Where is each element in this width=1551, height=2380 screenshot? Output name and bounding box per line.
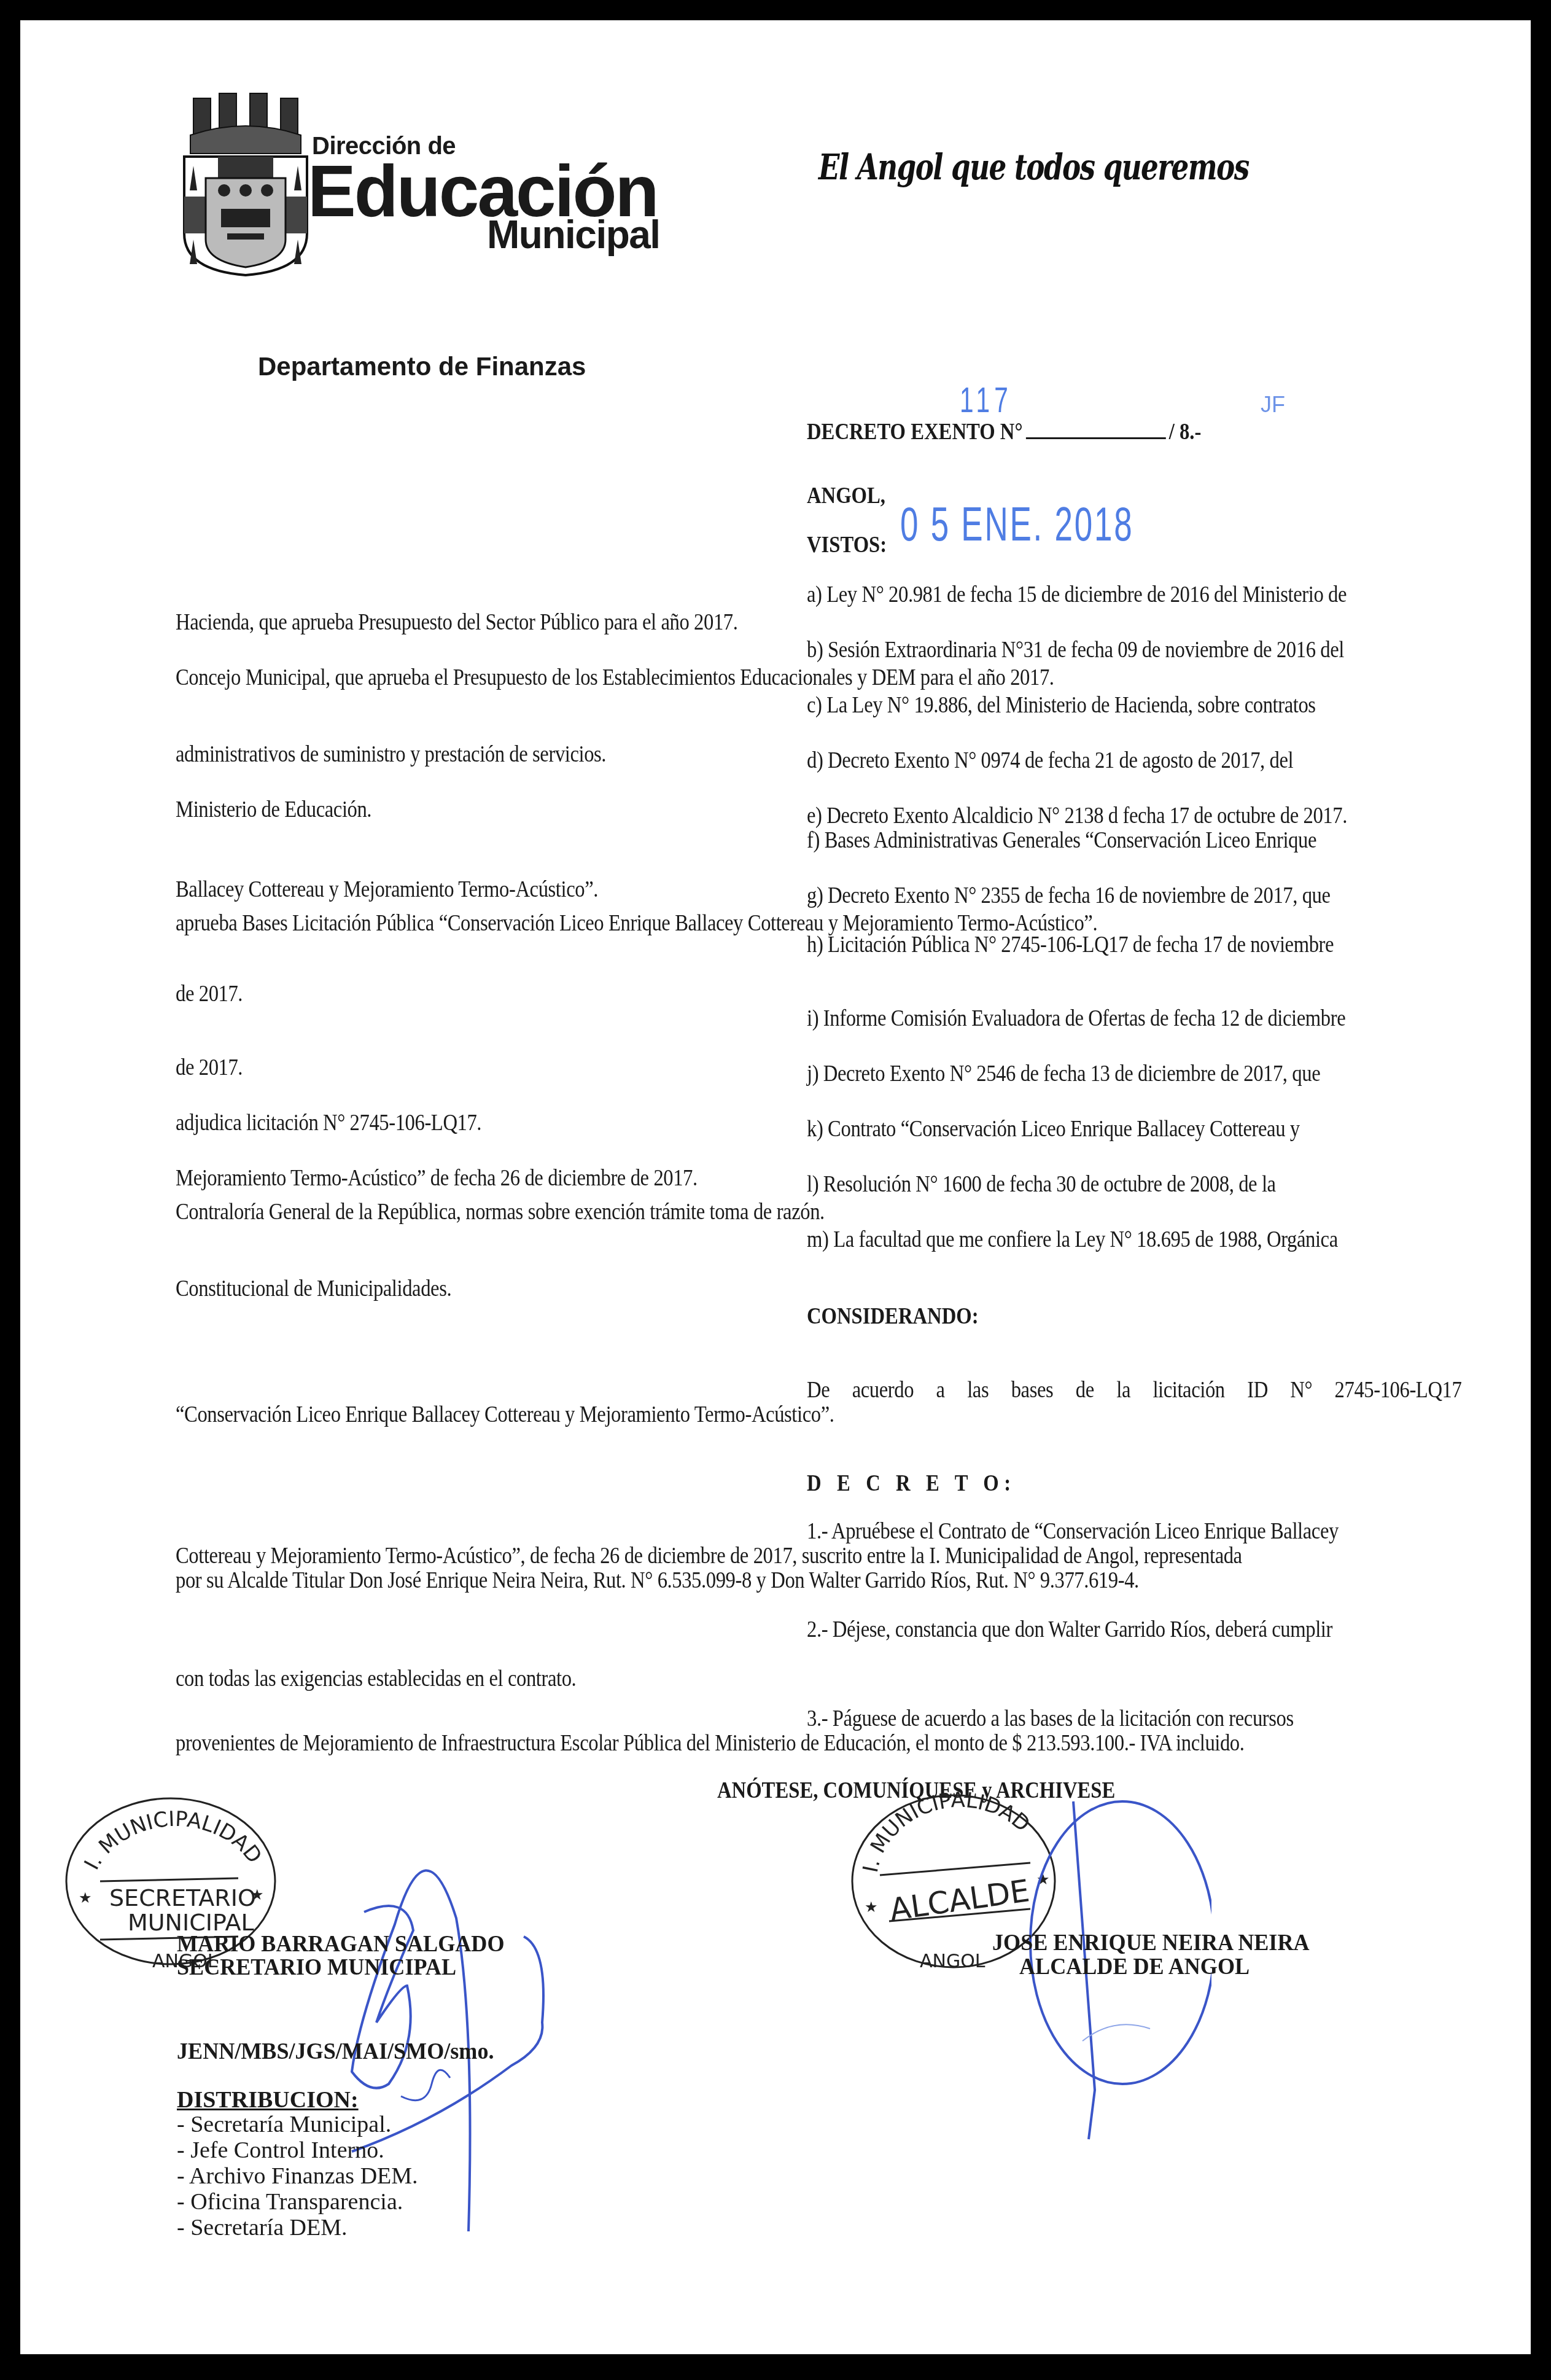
distribution-item: - Secretaría DEM. [177, 2215, 418, 2241]
decreto-item-continuation: por su Alcalde Titular Don José Enrique … [176, 1568, 1447, 1593]
decreto-item: 2.- Déjese, constancia que don Walter Ga… [176, 1617, 1447, 1691]
considerando-paragraph: De acuerdo a las bases de la licitación … [176, 1378, 1447, 1427]
distribution-title: DISTRIBUCION: [177, 2086, 359, 2113]
vistos-item-first-line: c) La Ley N° 19.886, del Ministerio de H… [176, 693, 1447, 717]
vistos-item-first-line: j) Decreto Exento N° 2546 de fecha 13 de… [176, 1061, 1447, 1086]
vistos-item-first-line: e) Decreto Exento Alcaldicio N° 2138 d f… [176, 803, 1447, 828]
svg-text:ANGOL: ANGOL [920, 1951, 985, 1972]
distribution-item: - Oficina Transparencia. [177, 2189, 418, 2215]
mayor-name: JOSE ENRIQUE NEIRA NEIRA [992, 1929, 1326, 1956]
vistos-item-continuation: Hacienda, que aprueba Presupuesto del Se… [176, 610, 1447, 634]
decreto-item-continuation: provenientes de Mejoramiento de Infraest… [176, 1731, 1447, 1755]
svg-text:★: ★ [251, 1887, 264, 1903]
place-label: ANGOL, [807, 482, 898, 509]
decree-title: DECRETO EXENTO N°/ 8.- [807, 418, 1265, 445]
distribution-list: - Secretaría Municipal. - Jefe Control I… [177, 2112, 418, 2241]
decreto-heading: D E C R E T O: [807, 1470, 1050, 1497]
vistos-heading: VISTOS: [807, 531, 900, 558]
vistos-item-first-line: d) Decreto Exento N° 0974 de fecha 21 de… [176, 748, 1447, 773]
decree-number-stamp: 117 [960, 380, 1013, 421]
vistos-item-first-line: h) Licitación Pública N° 2745-106-LQ17 d… [176, 932, 1447, 957]
vistos-item-first-line: l) Resolución N° 1600 de fecha 30 de oct… [176, 1172, 1447, 1196]
considerando-line-1: De acuerdo a las bases de la licitación … [176, 1378, 1447, 1402]
decreto-item: 1.- Apruébese el Contrato de “Conservaci… [176, 1519, 1447, 1593]
vistos-item: g) Decreto Exento N° 2355 de fecha 16 de… [176, 883, 1447, 935]
decreto-item-first-line: 1.- Apruébese el Contrato de “Conservaci… [176, 1519, 1447, 1543]
secretary-role: SECRETARIO MUNICIPAL [177, 1954, 471, 1981]
vistos-item-first-line: m) La facultad que me confiere la Ley N°… [176, 1227, 1447, 1252]
date-stamp: 0 5 ENE. 2018 [900, 496, 1133, 552]
vistos-item-first-line: k) Contrato “Conservación Liceo Enrique … [176, 1117, 1447, 1141]
initials-stamp: JF [1261, 392, 1285, 418]
document-page: Dirección de Educación Municipal El Ango… [20, 20, 1531, 2354]
decreto-item-continuation: Cottereau y Mejoramiento Termo-Acústico”… [176, 1543, 1447, 1568]
decree-title-prefix: DECRETO EXENTO N° [807, 419, 1022, 445]
svg-text:★: ★ [79, 1890, 92, 1906]
svg-text:★: ★ [865, 1900, 878, 1916]
vistos-item-continuation: Constitucional de Municipalidades. [176, 1276, 1447, 1301]
vistos-item: h) Licitación Pública N° 2745-106-LQ17 d… [176, 932, 1447, 1006]
distribution-item: - Secretaría Municipal. [177, 2112, 418, 2137]
vistos-item-first-line: i) Informe Comisión Evaluadora de Oferta… [176, 1006, 1447, 1031]
vistos-item-continuation: Concejo Municipal, que aprueba el Presup… [176, 665, 1447, 690]
vistos-item: m) La facultad que me confiere la Ley N°… [176, 1227, 1447, 1301]
distribution-item: - Jefe Control Interno. [177, 2137, 418, 2163]
vistos-item-continuation: Contraloría General de la República, nor… [176, 1200, 1447, 1224]
mayor-role: ALCALDE DE ANGOL [1019, 1953, 1262, 1980]
department-heading: Departamento de Finanzas [258, 352, 586, 381]
considerando-line-2: “Conservación Liceo Enrique Ballacey Cot… [176, 1402, 1447, 1427]
vistos-item-first-line: f) Bases Administrativas Generales “Cons… [176, 828, 1447, 853]
motto: El Angol que todos queremos [818, 146, 1249, 188]
vistos-item-continuation: de 2017. [176, 981, 1447, 1006]
distribution-item: - Archivo Finanzas DEM. [177, 2163, 418, 2189]
decreto-item-first-line: 3.- Páguese de acuerdo a las bases de la… [176, 1706, 1447, 1731]
decreto-item: 3.- Páguese de acuerdo a las bases de la… [176, 1706, 1447, 1755]
vistos-item-first-line: a) Ley N° 20.981 de fecha 15 de diciembr… [176, 582, 1447, 607]
vistos-item: e) Decreto Exento Alcaldicio N° 2138 d f… [176, 803, 1447, 828]
vistos-item-first-line: g) Decreto Exento N° 2355 de fecha 16 de… [176, 883, 1447, 908]
logo-line-3: Municipal [487, 212, 660, 257]
svg-text:I. MUNICIPALIDAD: I. MUNICIPALIDAD [80, 1807, 267, 1874]
svg-text:I. MUNICIPALIDAD: I. MUNICIPALIDAD [858, 1789, 1035, 1875]
decreto-item-continuation: con todas las exigencias establecidas en… [176, 1666, 1447, 1691]
considerando-heading: CONSIDERANDO: [807, 1303, 1006, 1330]
vistos-item: b) Sesión Extraordinaria N°31 de fecha 0… [176, 638, 1447, 690]
decree-number-line [1026, 419, 1166, 439]
initials-line: JENN/MBS/JGS/MAI/SMO/smo. [177, 2038, 511, 2065]
svg-text:SECRETARIO: SECRETARIO [109, 1884, 256, 1911]
coat-of-arms-icon [181, 92, 310, 276]
decreto-item-first-line: 2.- Déjese, constancia que don Walter Ga… [176, 1617, 1447, 1642]
vistos-item-first-line: b) Sesión Extraordinaria N°31 de fecha 0… [176, 638, 1447, 662]
decree-title-suffix: / 8.- [1169, 419, 1202, 445]
vistos-item: a) Ley N° 20.981 de fecha 15 de diciembr… [176, 582, 1447, 634]
mayor-signature [1015, 1795, 1211, 2176]
vistos-item: l) Resolución N° 1600 de fecha 30 de oct… [176, 1172, 1447, 1224]
